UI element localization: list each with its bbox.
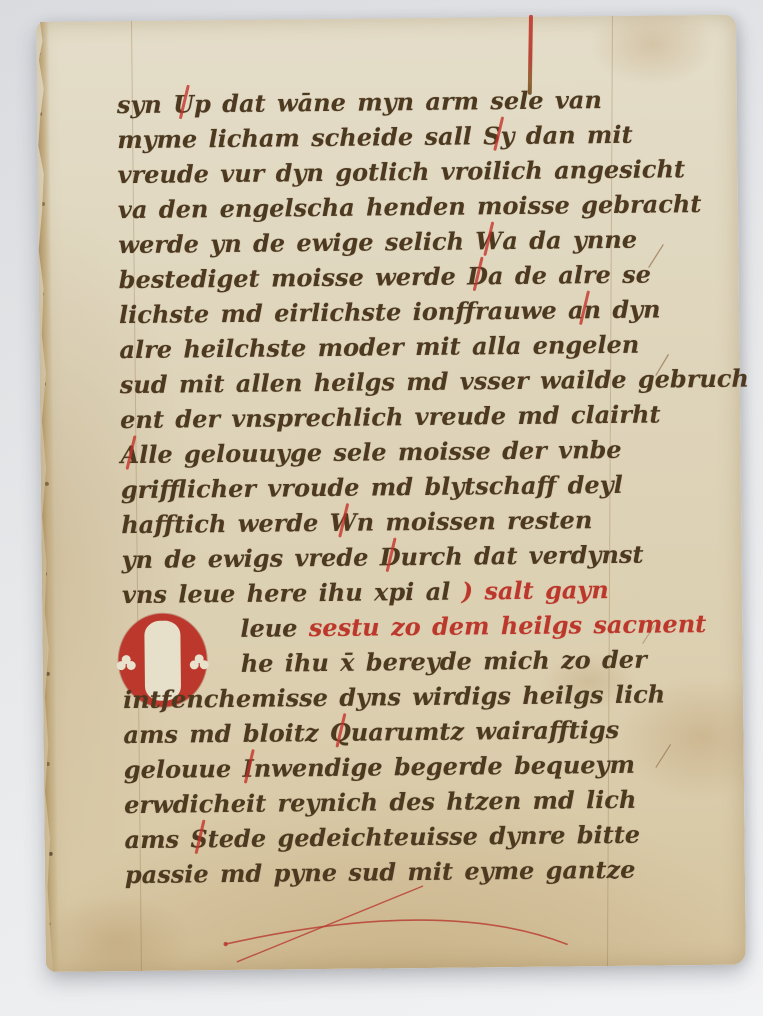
body-text: p dat wāne myn arm sele van	[194, 85, 602, 118]
body-text: lichste md eirlichste ionffrauwe	[119, 295, 568, 329]
manuscript-line: grifflicher vroude md blytschaff deyl	[121, 466, 696, 507]
body-text: yn de ewigs vrede	[121, 542, 379, 574]
body-text: leue	[240, 613, 309, 643]
body-text: va den engelscha henden moisse gebracht	[118, 189, 702, 224]
body-text: D	[380, 539, 401, 574]
body-text: dan mit	[514, 120, 632, 150]
manuscript-line: bestediget moisse werde Da de alre se	[119, 256, 694, 297]
manuscript-line: ams md bloitz Quarumtz wairafftigs	[123, 711, 698, 752]
body-text: ams md bloitz	[123, 718, 330, 749]
manuscript-leaf: O syn Up dat wāne myn arm sele vanmyme l…	[36, 15, 746, 972]
manuscript-line: va den engelscha henden moisse gebracht	[118, 186, 693, 227]
body-text: passie md pyne sud mit eyme gantze	[125, 855, 636, 889]
manuscript-line: syn Up dat wāne myn arm sele van	[117, 81, 692, 122]
body-text: he ihu x̄ bereyde mich zo der	[241, 645, 647, 678]
body-text: lle gelouuyge sele moisse der vnbe	[139, 435, 622, 469]
body-text: Sy	[483, 118, 515, 153]
body-text: vreude vur dyn gotlich vroilich angesich…	[117, 154, 685, 189]
manuscript-line: vns leue here ihu xpi al ) salt gayn	[122, 571, 697, 612]
body-text: grifflicher vroude md blytschaff deyl	[121, 470, 623, 504]
body-text: ams	[124, 824, 190, 854]
manuscript-line: vreude vur dyn gotlich vroilich angesich…	[117, 151, 692, 192]
body-text: W	[475, 223, 502, 258]
manuscript-line: yn de ewigs vrede Durch dat verdynst	[121, 536, 696, 577]
manuscript-line: myme licham scheide sall Sy dan mit	[117, 116, 692, 157]
manuscript-line: he ihu x̄ bereyde mich zo der	[123, 641, 698, 682]
body-text: vns leue here ihu xpi al	[122, 577, 462, 610]
body-text: S	[190, 821, 208, 856]
body-text: U	[173, 86, 194, 121]
manuscript-line: gelouue Inwendige begerde bequeym	[124, 746, 699, 787]
manuscript-line: werde yn de ewige selich Wa da ynne	[118, 221, 693, 262]
body-text: dyn	[601, 294, 661, 324]
body-text: myme licham scheide sall	[117, 121, 483, 154]
body-text: n moissen resten	[357, 505, 593, 536]
body-text: W	[330, 505, 357, 540]
manuscript-line: sud mit allen heilgs md vsser wailde geb…	[120, 361, 695, 402]
manuscript-line: ent der vnsprechlich vreude md clairht	[120, 396, 695, 437]
body-text: Q	[330, 715, 351, 750]
manuscript-line: alre heilchste moder mit alla engelen	[119, 326, 694, 367]
body-text: erwdicheit reynich des htzen md lich	[124, 785, 636, 819]
body-text: I	[242, 751, 254, 786]
body-text: uarumtz wairafftigs	[351, 715, 620, 747]
manuscript-line: erwdicheit reynich des htzen md lich	[124, 781, 699, 822]
body-text: tede gedeichteuisse dynre bitte	[208, 820, 641, 854]
body-text: alre heilchste moder mit alla engelen	[119, 330, 639, 364]
manuscript-line: intfenchemisse dyns wirdigs heilgs lich	[123, 676, 698, 717]
body-text: hafftich werde	[121, 508, 330, 539]
body-text: D	[467, 258, 488, 293]
body-text: an	[568, 292, 601, 327]
photo-backdrop: O syn Up dat wāne myn arm sele vanmyme l…	[0, 0, 763, 1016]
rubric-text: ) salt gayn	[462, 575, 609, 606]
manuscript-line: leue sestu zo dem heilgs sacment	[122, 606, 697, 647]
body-text: werde yn de ewige selich	[118, 226, 475, 259]
body-text: syn	[117, 90, 174, 120]
body-text: intfenchemisse dyns wirdigs heilgs lich	[123, 679, 665, 714]
body-text: urch dat verdynst	[400, 540, 643, 572]
manuscript-line: Alle gelouuyge sele moisse der vnbe	[120, 431, 695, 472]
body-text: ent der vnsprechlich vreude md clairht	[120, 399, 661, 434]
manuscript-line: hafftich werde Wn moissen resten	[121, 501, 696, 542]
body-text: A	[120, 437, 139, 472]
body-text: nwendige begerde bequeym	[254, 750, 635, 783]
body-text: bestediget moisse werde	[119, 261, 468, 294]
manuscript-line: lichste md eirlichste ionffrauwe an dyn	[119, 291, 694, 332]
body-text: a da ynne	[502, 225, 637, 255]
rubric-text: sestu zo dem heilgs sacment	[309, 609, 707, 642]
manuscript-line: ams Stede gedeichteuisse dynre bitte	[124, 816, 699, 857]
body-text: gelouue	[124, 754, 243, 784]
text-block: syn Up dat wāne myn arm sele vanmyme lic…	[117, 81, 700, 892]
body-text: a de alre se	[488, 260, 651, 291]
manuscript-line: passie md pyne sud mit eyme gantze	[125, 851, 700, 892]
body-text: sud mit allen heilgs md vsser wailde geb…	[120, 364, 749, 400]
